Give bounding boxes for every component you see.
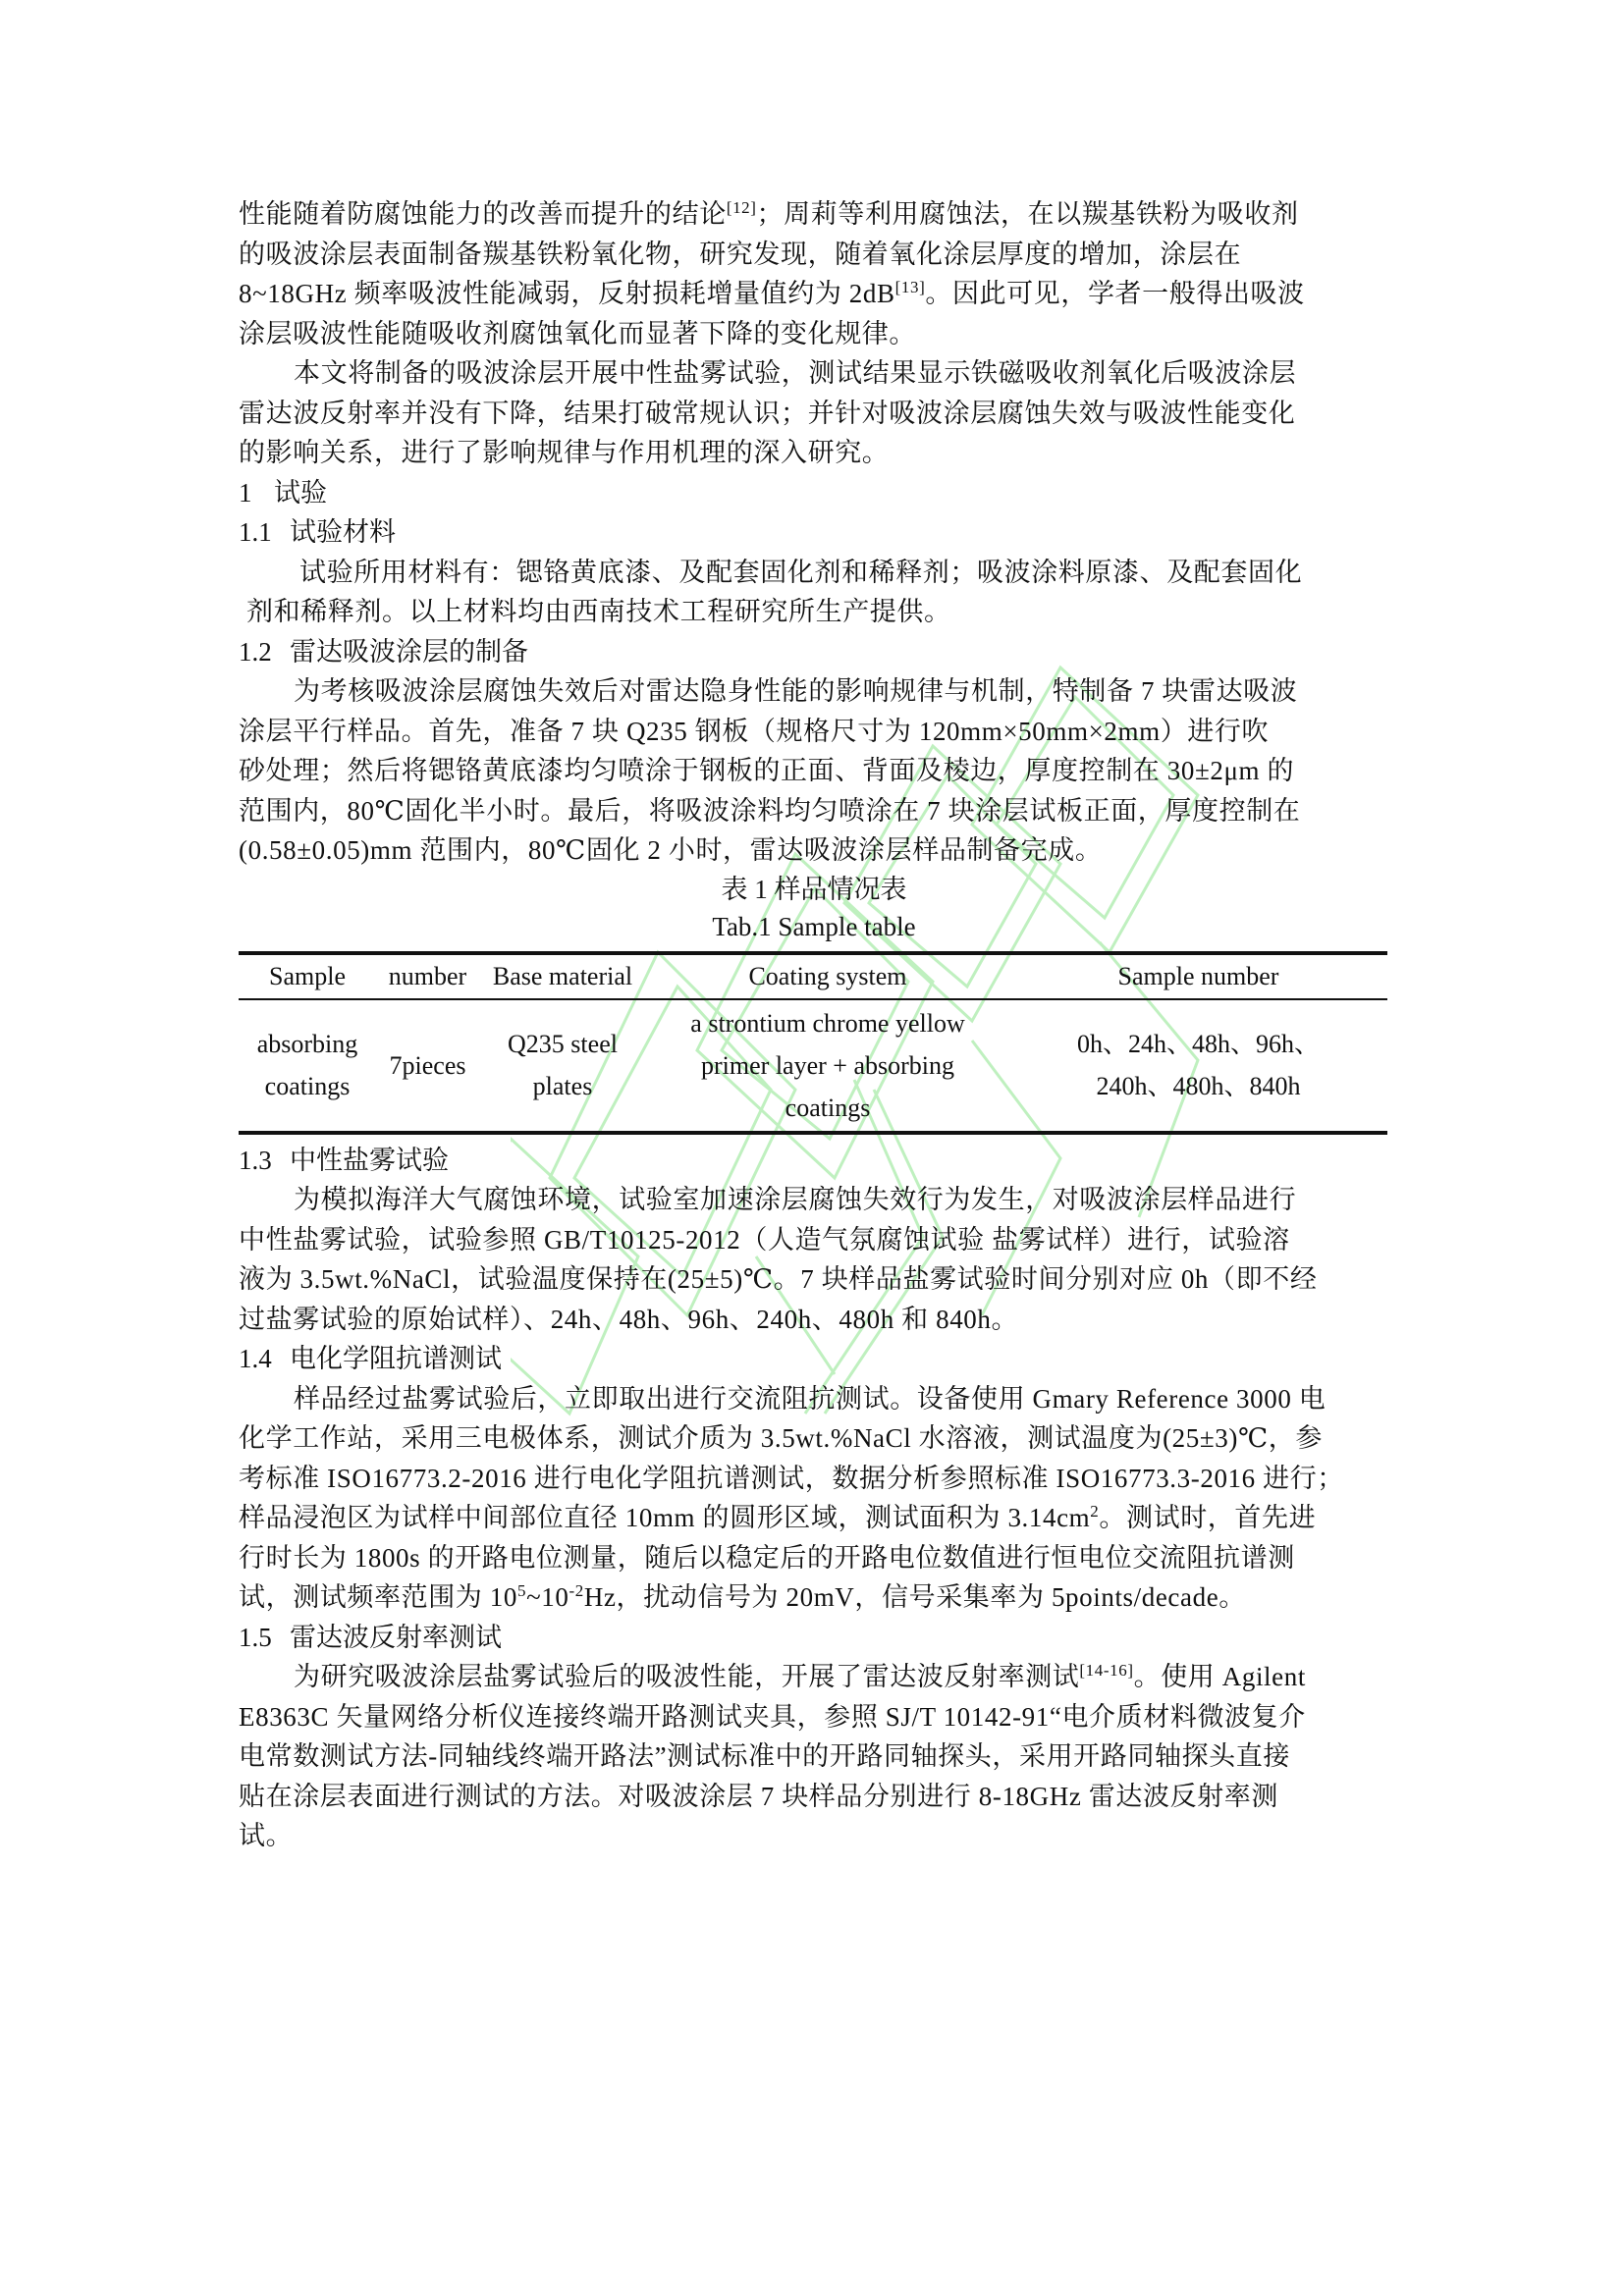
text-line: 范围内，80℃固化半小时。最后，将吸波涂料均匀喷涂在 7 块涂层试板正面，厚度控… xyxy=(239,791,1389,831)
text-line: 的影响关系，进行了影响规律与作用机理的深入研究。 xyxy=(239,433,1389,473)
text-line: 化学工作站，采用三电极体系，测试介质为 3.5wt.%NaCl 水溶液，测试温度… xyxy=(239,1418,1389,1459)
intro-paragraph-2: 本文将制备的吸波涂层开展中性盐雾试验，测试结果显示铁磁吸收剂氧化后吸波涂层 雷达… xyxy=(239,353,1389,473)
text-line: 试。 xyxy=(239,1816,1389,1856)
section-heading-1-2: 1.2雷达吸波涂层的制备 xyxy=(239,632,1389,672)
table-header-cell: Coating system xyxy=(646,953,1009,999)
table-caption-en: Tab.1 Sample table xyxy=(239,908,1389,945)
text-line: 行时长为 1800s 的开路电位测量，随后以稳定后的开路电位数值进行恒电位交流阻… xyxy=(239,1538,1389,1578)
table-cell-number: 7pieces xyxy=(376,999,479,1133)
text-line: 8~18GHz 频率吸波性能减弱，反射损耗增量值约为 2dB[13]。因此可见，… xyxy=(239,274,1389,314)
citation: [12] xyxy=(727,198,757,217)
text-line: 砂处理；然后将锶铬黄底漆均匀喷涂于钢板的正面、背面及棱边，厚度控制在 30±2μ… xyxy=(239,751,1389,791)
paper-page: 性能随着防腐蚀能力的改善而提升的结论[12]；周莉等利用腐蚀法，在以羰基铁粉为吸… xyxy=(239,194,1389,1856)
text-line: 过盐雾试验的原始试样）、24h、48h、96h、240h、480h 和 840h… xyxy=(239,1300,1389,1340)
table-cell-sample: absorbing coatings xyxy=(239,999,376,1133)
table-cell-base-material: Q235 steel plates xyxy=(479,999,646,1133)
sample-table: Sample number Base material Coating syst… xyxy=(239,951,1387,1135)
table-header-row: Sample number Base material Coating syst… xyxy=(239,953,1387,999)
section-heading-1-3: 1.3中性盐雾试验 xyxy=(239,1141,1389,1181)
text-line: 试，测试频率范围为 105~10-2Hz，扰动信号为 20mV，信号采集率为 5… xyxy=(239,1577,1389,1618)
table-cell-sample-number: 0h、24h、48h、96h、 240h、480h、840h xyxy=(1009,999,1387,1133)
text-line: E8363C 矢量网络分析仪连接终端开路测试夹具，参照 SJ/T 10142-9… xyxy=(239,1697,1389,1737)
section-heading-1-5: 1.5雷达波反射率测试 xyxy=(239,1618,1389,1658)
text-line: 的吸波涂层表面制备羰基铁粉氧化物，研究发现，随着氧化涂层厚度的增加，涂层在 xyxy=(239,235,1389,275)
section-1-3-body: 为模拟海洋大气腐蚀环境，试验室加速涂层腐蚀失效行为发生，对吸波涂层样品进行 中性… xyxy=(239,1180,1389,1339)
table-caption-cn: 表 1 样品情况表 xyxy=(239,871,1389,908)
section-1-2-body: 为考核吸波涂层腐蚀失效后对雷达隐身性能的影响规律与机制，特制备 7 块雷达吸波 … xyxy=(239,671,1389,871)
text-line: 雷达波反射率并没有下降，结果打破常规认识；并针对吸波涂层腐蚀失效与吸波性能变化 xyxy=(239,394,1389,434)
text-line: 本文将制备的吸波涂层开展中性盐雾试验，测试结果显示铁磁吸收剂氧化后吸波涂层 xyxy=(239,353,1389,394)
text-line: 样品经过盐雾试验后，立即取出进行交流阻抗测试。设备使用 Gmary Refere… xyxy=(239,1379,1389,1419)
text-line: 样品浸泡区为试样中间部位直径 10mm 的圆形区域，测试面积为 3.14cm2。… xyxy=(239,1498,1389,1538)
section-1-5-body: 为研究吸波涂层盐雾试验后的吸波性能，开展了雷达波反射率测试[14-16]。使用 … xyxy=(239,1657,1389,1856)
section-1-1-body: 试验所用材料有：锶铬黄底漆、及配套固化剂和稀释剂；吸波涂料原漆、及配套固化 剂和… xyxy=(239,553,1389,632)
text-line: 液为 3.5wt.%NaCl，试验温度保持在(25±5)℃。7 块样品盐雾试验时… xyxy=(239,1259,1389,1300)
table-row: absorbing coatings 7pieces Q235 steel pl… xyxy=(239,999,1387,1133)
superscript: 5 xyxy=(517,1581,526,1600)
text-line: 剂和稀释剂。以上材料均由西南技术工程研究所生产提供。 xyxy=(239,592,1389,632)
text-line: 涂层平行样品。首先，准备 7 块 Q235 钢板（规格尺寸为 120mm×50m… xyxy=(239,712,1389,752)
table-header-cell: Sample number xyxy=(1009,953,1387,999)
section-1-4-body: 样品经过盐雾试验后，立即取出进行交流阻抗测试。设备使用 Gmary Refere… xyxy=(239,1379,1389,1618)
text-line: 为考核吸波涂层腐蚀失效后对雷达隐身性能的影响规律与机制，特制备 7 块雷达吸波 xyxy=(239,671,1389,712)
table-header-cell: Base material xyxy=(479,953,646,999)
text-line: 为模拟海洋大气腐蚀环境，试验室加速涂层腐蚀失效行为发生，对吸波涂层样品进行 xyxy=(239,1180,1389,1220)
text-line: 贴在涂层表面进行测试的方法。对吸波涂层 7 块样品分别进行 8-18GHz 雷达… xyxy=(239,1777,1389,1817)
citation: [13] xyxy=(895,278,926,296)
superscript: -2 xyxy=(568,1581,583,1600)
text-line: 考标准 ISO16773.2-2016 进行电化学阻抗谱测试，数据分析参照标准 … xyxy=(239,1459,1389,1499)
text-line: 试验所用材料有：锶铬黄底漆、及配套固化剂和稀释剂；吸波涂料原漆、及配套固化 xyxy=(239,553,1389,593)
intro-paragraph-1: 性能随着防腐蚀能力的改善而提升的结论[12]；周莉等利用腐蚀法，在以羰基铁粉为吸… xyxy=(239,194,1389,353)
table-header-cell: Sample xyxy=(239,953,376,999)
text-line: 涂层吸波性能随吸收剂腐蚀氧化而显著下降的变化规律。 xyxy=(239,314,1389,354)
section-heading-1-1: 1.1试验材料 xyxy=(239,512,1389,553)
text-line: 中性盐雾试验，试验参照 GB/T10125-2012（人造气氛腐蚀试验 盐雾试样… xyxy=(239,1220,1389,1260)
section-heading-1-4: 1.4电化学阻抗谱测试 xyxy=(239,1339,1389,1379)
table-header-cell: number xyxy=(376,953,479,999)
text-line: 性能随着防腐蚀能力的改善而提升的结论[12]；周莉等利用腐蚀法，在以羰基铁粉为吸… xyxy=(239,194,1389,235)
table-cell-coating-system: a strontium chrome yellow primer layer +… xyxy=(646,999,1009,1133)
text-line: (0.58±0.05)mm 范围内，80℃固化 2 小时，雷达吸波涂层样品制备完… xyxy=(239,830,1389,871)
text-line: 电常数测试方法-同轴线终端开路法”测试标准中的开路同轴探头，采用开路同轴探头直接 xyxy=(239,1736,1389,1777)
section-heading-1: 1试验 xyxy=(239,473,1389,513)
citation: [14-16] xyxy=(1079,1661,1133,1680)
text-line: 为研究吸波涂层盐雾试验后的吸波性能，开展了雷达波反射率测试[14-16]。使用 … xyxy=(239,1657,1389,1697)
